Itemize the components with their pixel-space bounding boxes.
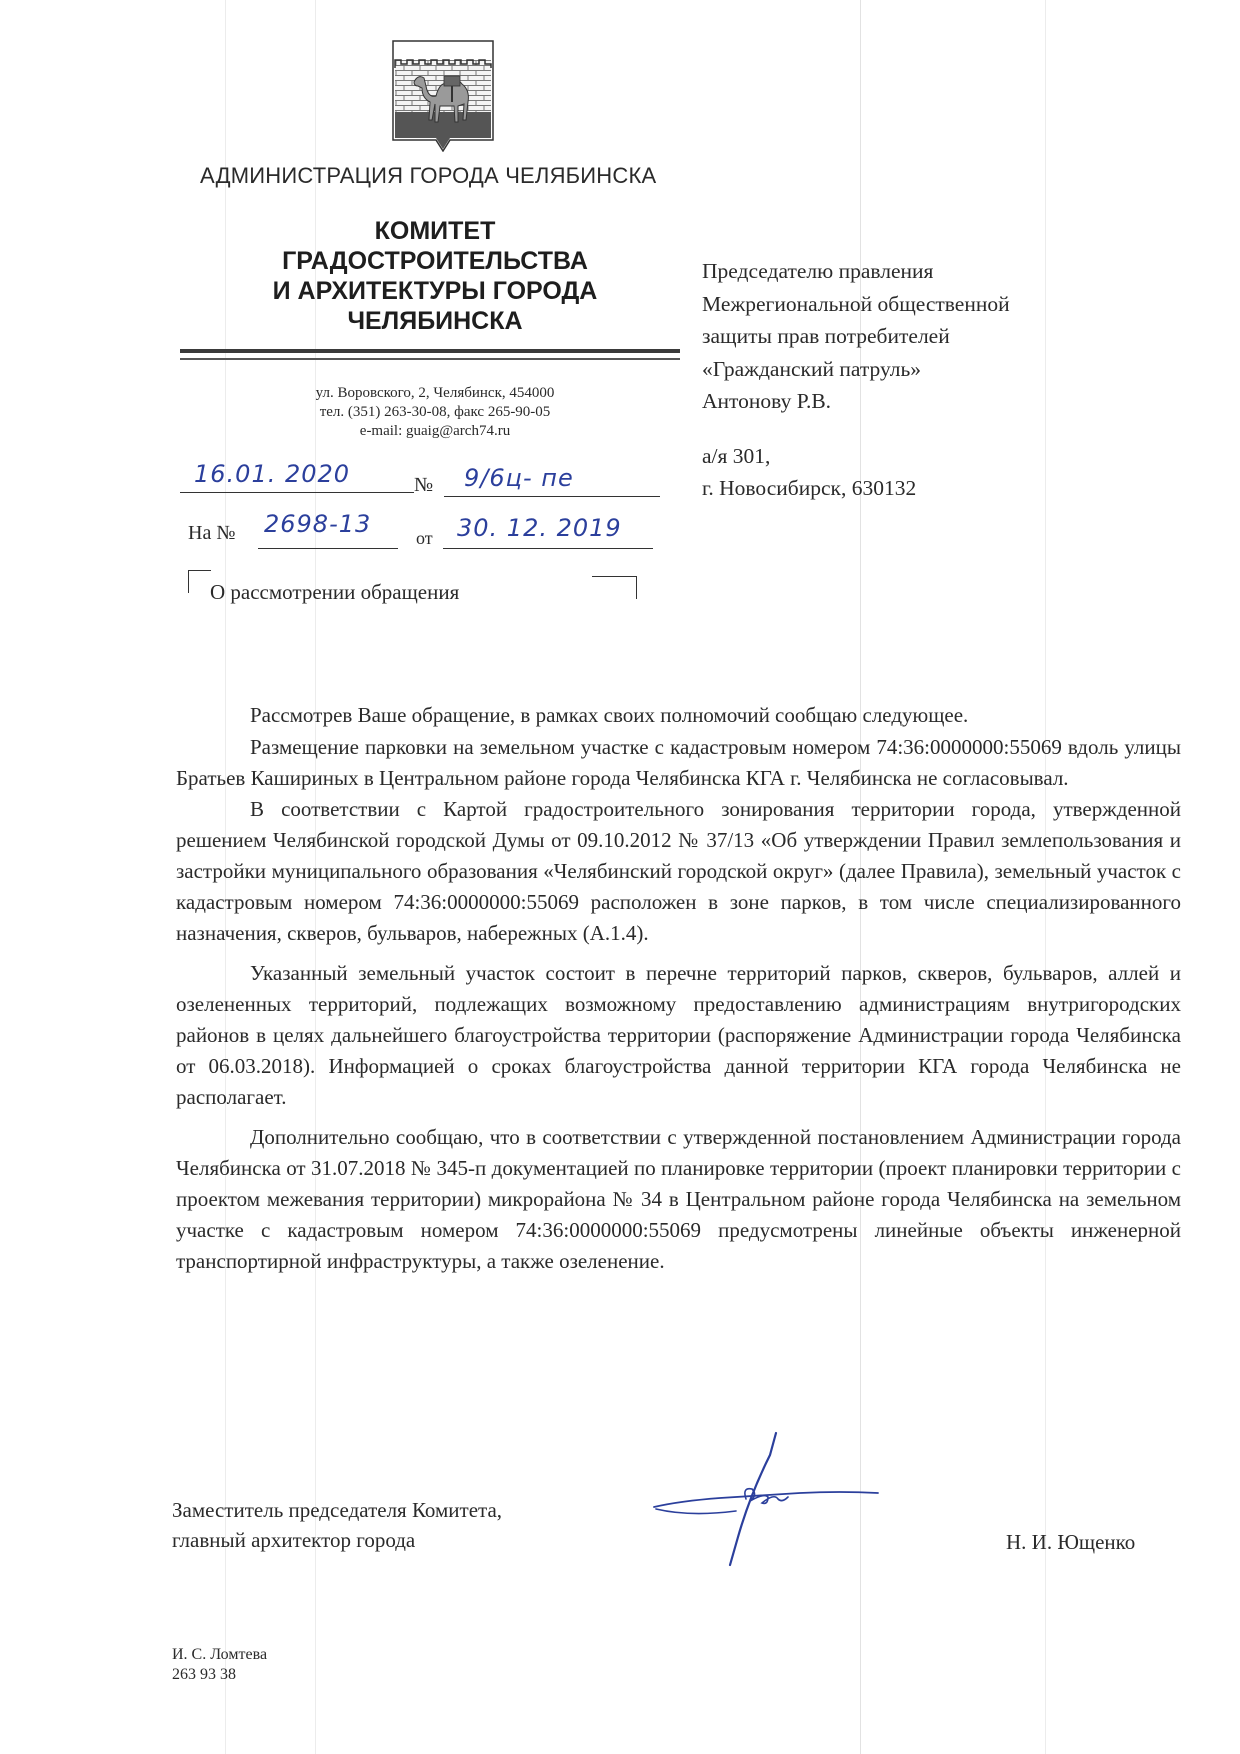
addressee-postal-address: а/я 301, г. Новосибирск, 630132 — [702, 440, 916, 504]
contact-info: ул. Воровского, 2, Челябинск, 454000 тел… — [250, 384, 620, 441]
signer-position-line: главный архитектор города — [172, 1525, 502, 1555]
outgoing-number-field: 9/6ц- пе — [444, 462, 660, 497]
po-box: а/я 301, — [702, 440, 916, 472]
signer-position-line: Заместитель председателя Комитета, — [172, 1495, 502, 1525]
committee-line: ЧЕЛЯБИНСКА — [250, 306, 620, 336]
email: e-mail: guaig@arch74.ru — [250, 422, 620, 441]
letter-body: Рассмотрев Ваше обращение, в рамках свои… — [176, 700, 1181, 1277]
reply-to-number-handwritten: 2698-13 — [264, 510, 371, 538]
reply-to-date-label: от — [416, 528, 433, 549]
addressee-line: Антонову Р.В. — [702, 385, 1122, 418]
committee-line: КОМИТЕТ — [250, 216, 620, 246]
subject-line: О рассмотрении обращения — [210, 580, 459, 605]
outgoing-date-handwritten: 16.01. 2020 — [194, 460, 350, 488]
body-paragraph: Дополнительно сообщаю, что в соответстви… — [176, 1122, 1181, 1276]
coat-of-arms-emblem — [392, 40, 494, 152]
phone-fax: тел. (351) 263-30-08, факс 265-90-05 — [250, 403, 620, 422]
addressee-line: защиты прав потребителей — [702, 320, 1122, 353]
reply-to-number-field: 2698-13 — [258, 508, 398, 549]
addressee-line: Межрегиональной общественной — [702, 288, 1122, 321]
committee-line: ГРАДОСТРОИТЕЛЬСТВА — [250, 246, 620, 276]
executor-name: И. С. Ломтева — [172, 1645, 267, 1665]
outgoing-number-handwritten: 9/6ц- пе — [464, 464, 574, 492]
letterhead-divider-thick — [180, 349, 680, 353]
executor-info: И. С. Ломтева 263 93 38 — [172, 1645, 267, 1685]
subject-bracket-right — [592, 576, 637, 599]
executor-phone: 263 93 38 — [172, 1665, 267, 1685]
addressee-line: Председателю правления — [702, 255, 1122, 288]
reply-to-date-handwritten: 30. 12. 2019 — [457, 514, 622, 542]
signer-position: Заместитель председателя Комитета, главн… — [172, 1495, 502, 1555]
body-paragraph: В соответствии с Картой градостроительно… — [176, 794, 1181, 948]
handwritten-signature — [650, 1425, 880, 1570]
body-paragraph: Указанный земельный участок состоит в пе… — [176, 958, 1181, 1112]
administration-title: АДМИНИСТРАЦИЯ ГОРОДА ЧЕЛЯБИНСКА — [200, 163, 670, 189]
reply-to-date-field: 30. 12. 2019 — [443, 508, 653, 549]
committee-name: КОМИТЕТ ГРАДОСТРОИТЕЛЬСТВА И АРХИТЕКТУРЫ… — [250, 216, 620, 336]
body-paragraph: Рассмотрев Ваше обращение, в рамках свои… — [176, 700, 1181, 731]
signer-name: Н. И. Ющенко — [1006, 1530, 1135, 1555]
subject-bracket-left — [188, 570, 211, 593]
addressee-block: Председателю правления Межрегиональной о… — [702, 255, 1122, 418]
committee-line: И АРХИТЕКТУРЫ ГОРОДА — [250, 276, 620, 306]
addressee-line: «Гражданский патруль» — [702, 353, 1122, 386]
letterhead-divider-thin — [180, 358, 680, 360]
reply-to-number-label: На № — [188, 522, 235, 545]
body-paragraph: Размещение парковки на земельном участке… — [176, 732, 1181, 794]
addressee-city: г. Новосибирск, 630132 — [702, 472, 916, 504]
outgoing-number-label: № — [414, 474, 433, 497]
outgoing-date-field: 16.01. 2020 — [180, 462, 414, 493]
postal-address: ул. Воровского, 2, Челябинск, 454000 — [250, 384, 620, 403]
